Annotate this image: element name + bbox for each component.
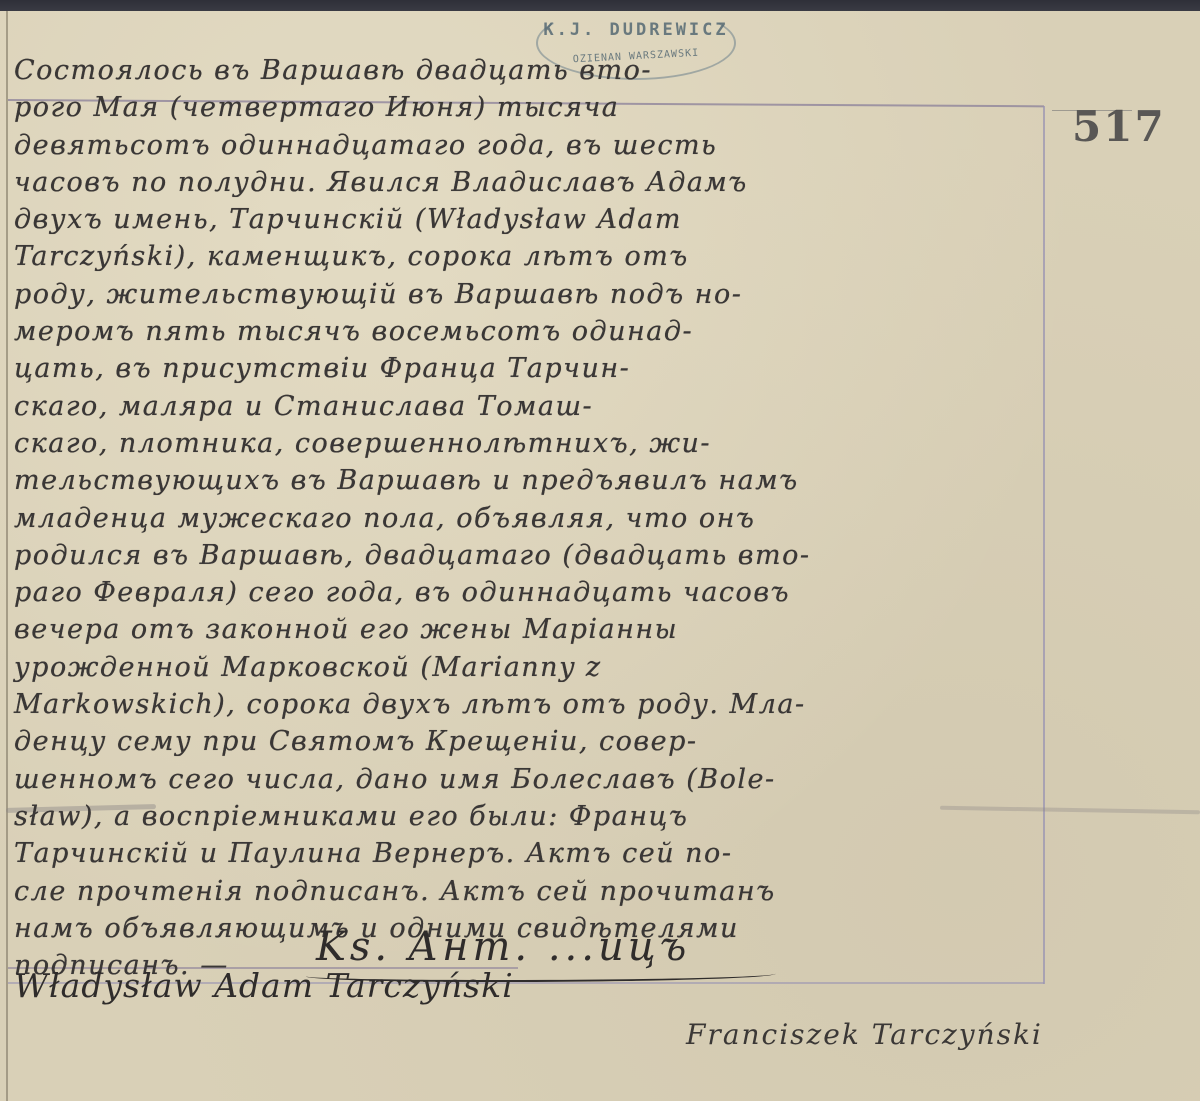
text-line: шенномъ сего числа, дано имя Болеславъ (… [14,761,1124,798]
text-line: родился въ Варшавѣ, двадцатаго (двадцать… [14,537,1124,574]
text-line: цать, въ присутствіи Франца Тарчин- [14,350,1124,387]
record-body: Состоялось въ Варшавѣ двадцать вто- рого… [14,52,1124,984]
text-line: двухъ имень, Тарчинскій (Władysław Adam [14,201,1124,238]
stamp-line-1: K.J. DUDREWICZ [538,20,734,40]
witness-signature: Franciszek Tarczyński [686,1018,1043,1051]
text-line: скаго, маляра и Станислава Томаш- [14,388,1124,425]
text-line: рого Мая (четвертаго Июня) тысяча [14,89,1124,126]
officer-signature-text: Ks. Ант. ...ицъ [316,924,690,970]
text-line: урожденной Марковской (Marianny z [14,649,1124,686]
text-line: скаго, плотника, совершеннолѣтнихъ, жи- [14,425,1124,462]
declarant-signature: Władysław Adam Tarczyński [14,966,514,1005]
text-line: меромъ пять тысячъ восемьсотъ одинад- [14,313,1124,350]
text-line: Markowskich), сорока двухъ лѣтъ отъ роду… [14,686,1124,723]
text-line: тельствующихъ въ Варшавѣ и предъявилъ на… [14,462,1124,499]
text-line: девятьсотъ одиннадцатаго года, въ шесть [14,127,1124,164]
text-line: вечера отъ законной его жены Маріанны [14,611,1124,648]
text-line: часовъ по полудни. Явился Владиславъ Ада… [14,164,1124,201]
text-line: Tarczyński), каменщикъ, сорока лѣтъ отъ [14,238,1124,275]
text-line: младенца мужескаго пола, объявляя, что о… [14,500,1124,537]
text-line: раго Февраля) сего года, въ одиннадцать … [14,574,1124,611]
text-line: Состоялось въ Варшавѣ двадцать вто- [14,52,1124,89]
text-line: денцу сему при Святомъ Крещеніи, совер- [14,723,1124,760]
officer-signature: Ks. Ант. ...ицъ [316,924,690,970]
text-line: роду, жительствующій въ Варшавѣ подъ но- [14,276,1124,313]
text-line: Тарчинскій и Паулина Вернеръ. Актъ сей п… [14,835,1124,872]
left-binding-line [6,11,8,1101]
text-line: сле прочтенія подписанъ. Актъ сей прочит… [14,873,1124,910]
text-line: sław), а воспріемниками его были: Францъ [14,798,1124,835]
